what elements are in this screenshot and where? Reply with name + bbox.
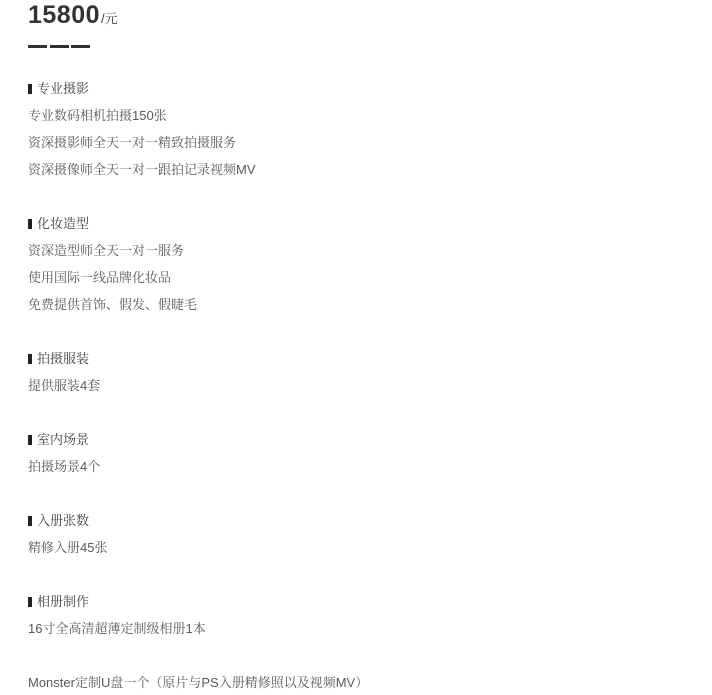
section-item: 资深摄像师全天一对一跟拍记录视频MV bbox=[28, 156, 684, 183]
section-bullet-icon bbox=[28, 435, 32, 445]
section-items: 资深造型师全天一对一服务使用国际一线品牌化妆品免费提供首饰、假发、假睫毛 bbox=[28, 237, 684, 318]
section-title: 入册张数 bbox=[37, 513, 89, 528]
footnote: Monster定制U盘一个（原片与PS入册精修照以及视频MV） bbox=[28, 669, 684, 695]
section-items: 提供服装4套 bbox=[28, 372, 684, 399]
section-item: 提供服装4套 bbox=[28, 372, 684, 399]
section-item: 专业数码相机拍摄150张 bbox=[28, 102, 684, 129]
section-title-row: 专业摄影 bbox=[28, 75, 684, 102]
section: 专业摄影 专业数码相机拍摄150张资深摄影师全天一对一精致拍摄服务资深摄像师全天… bbox=[28, 75, 684, 183]
section-title-row: 相册制作 bbox=[28, 588, 684, 615]
section-title-row: 化妆造型 bbox=[28, 210, 684, 237]
section: 相册制作 16寸全高清超薄定制级相册1本 bbox=[28, 588, 684, 642]
divider bbox=[28, 45, 684, 48]
section-bullet-icon bbox=[28, 597, 32, 607]
section: 拍摄服装 提供服装4套 bbox=[28, 345, 684, 399]
section-title-row: 拍摄服装 bbox=[28, 345, 684, 372]
section-item: 拍摄场景4个 bbox=[28, 453, 684, 480]
section-bullet-icon bbox=[28, 516, 32, 526]
section-item: 资深造型师全天一对一服务 bbox=[28, 237, 684, 264]
section-title-row: 入册张数 bbox=[28, 507, 684, 534]
section-title: 室内场景 bbox=[37, 432, 89, 447]
section-item: 精修入册45张 bbox=[28, 534, 684, 561]
section: 化妆造型 资深造型师全天一对一服务使用国际一线品牌化妆品免费提供首饰、假发、假睫… bbox=[28, 210, 684, 318]
section-title: 专业摄影 bbox=[37, 81, 89, 96]
section-item: 免费提供首饰、假发、假睫毛 bbox=[28, 291, 684, 318]
section-items: 精修入册45张 bbox=[28, 534, 684, 561]
sections: 专业摄影 专业数码相机拍摄150张资深摄影师全天一对一精致拍摄服务资深摄像师全天… bbox=[28, 75, 684, 642]
section-item: 使用国际一线品牌化妆品 bbox=[28, 264, 684, 291]
section: 入册张数 精修入册45张 bbox=[28, 507, 684, 561]
section-items: 16寸全高清超薄定制级相册1本 bbox=[28, 615, 684, 642]
section-items: 拍摄场景4个 bbox=[28, 453, 684, 480]
section-title: 化妆造型 bbox=[37, 216, 89, 231]
section-bullet-icon bbox=[28, 84, 32, 94]
package-detail-page: 15800/元 专业摄影 专业数码相机拍摄150张资深摄影师全天一对一精致拍摄服… bbox=[0, 0, 712, 695]
section-bullet-icon bbox=[28, 354, 32, 364]
section-title-row: 室内场景 bbox=[28, 426, 684, 453]
section-item: 资深摄影师全天一对一精致拍摄服务 bbox=[28, 129, 684, 156]
section-title: 拍摄服装 bbox=[37, 351, 89, 366]
divider-dash bbox=[71, 45, 90, 48]
section-items: 专业数码相机拍摄150张资深摄影师全天一对一精致拍摄服务资深摄像师全天一对一跟拍… bbox=[28, 102, 684, 183]
section-title: 相册制作 bbox=[37, 594, 89, 609]
section-bullet-icon bbox=[28, 219, 32, 229]
price-unit: /元 bbox=[101, 11, 118, 26]
divider-dash bbox=[50, 45, 69, 48]
price: 15800/元 bbox=[28, 2, 684, 32]
price-amount: 15800 bbox=[28, 1, 100, 29]
divider-dash bbox=[28, 45, 47, 48]
section: 室内场景 拍摄场景4个 bbox=[28, 426, 684, 480]
section-item: 16寸全高清超薄定制级相册1本 bbox=[28, 615, 684, 642]
